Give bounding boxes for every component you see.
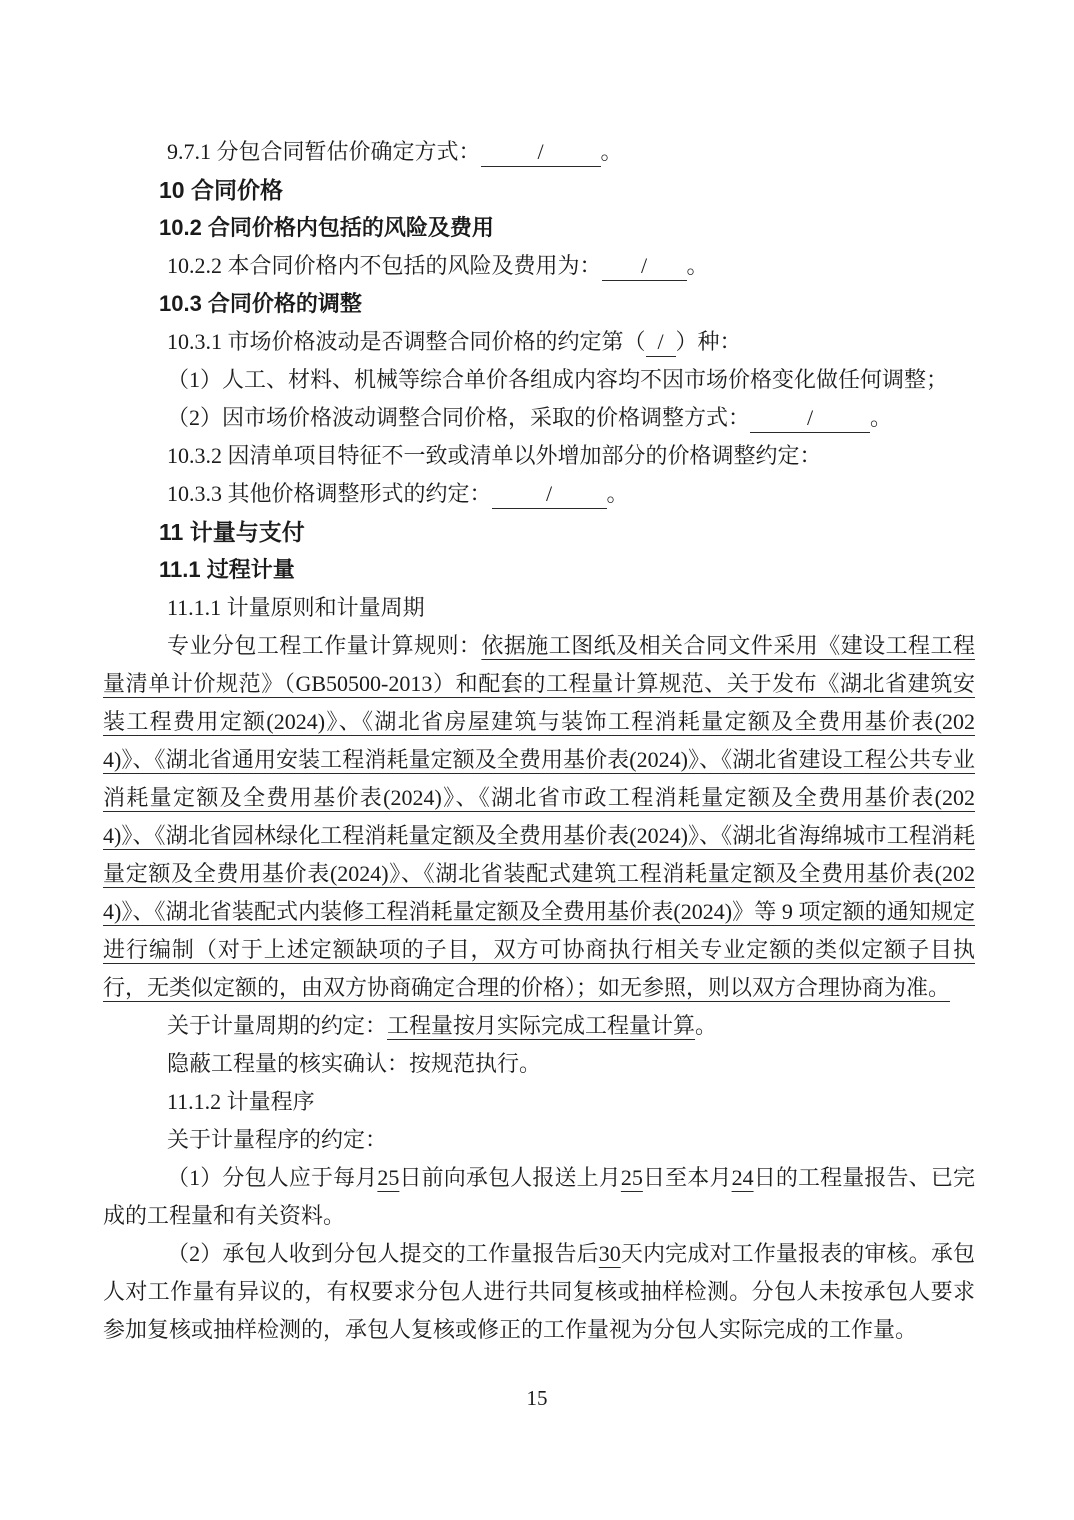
blank-field: /	[646, 327, 676, 357]
hidden-works-line: 隐蔽工程量的核实确认：按规范执行。	[103, 1045, 975, 1083]
clause-10-2-2-label: 10.2.2 本合同价格内不包括的风险及费用为：	[167, 253, 602, 278]
clause-10-3-1-item-2: （2）因市场价格波动调整合同价格，采取的价格调整方式：/。	[103, 399, 975, 437]
clause-10-3-1-item-1: （1）人工、材料、机械等综合单价各组成内容均不因市场价格变化做任何调整；	[103, 361, 975, 399]
measurement-procedure-intro: 关于计量程序的约定：	[103, 1121, 975, 1159]
section-10-2-heading: 10.2 合同价格内包括的风险及费用	[103, 209, 975, 247]
proc1-text: 日前向承包人报送上月	[399, 1165, 621, 1190]
clause-9-7-1-label: 9.7.1 分包合同暂估价确定方式：	[167, 139, 481, 164]
clause-10-2-2: 10.2.2 本合同价格内不包括的风险及费用为：/。	[103, 247, 975, 285]
proc1-day-value: 25	[377, 1165, 399, 1190]
clause-10-3-1: 10.3.1 市场价格波动是否调整合同价格的约定第（/）种：	[103, 323, 975, 361]
procedure-item-1: （1）分包人应于每月25日前向承包人报送上月25日至本月24日的工程量报告、已完…	[103, 1159, 975, 1235]
clause-11-1-2: 11.1.2 计量程序	[103, 1083, 975, 1121]
clause-9-7-1-period: 。	[601, 139, 623, 164]
clause-10-3-1-after: ）种：	[676, 329, 742, 354]
item-2-period: 。	[870, 405, 892, 430]
measurement-cycle-line: 关于计量周期的约定：工程量按月实际完成工程量计算。	[103, 1007, 975, 1045]
section-10-3-heading: 10.3 合同价格的调整	[103, 285, 975, 323]
proc2-days-value: 30	[599, 1241, 621, 1266]
item-2-label: （2）因市场价格波动调整合同价格，采取的价格调整方式：	[167, 405, 750, 430]
rules-label: 专业分包工程工作量计算规则：	[167, 633, 481, 658]
clause-10-3-1-before: 10.3.1 市场价格波动是否调整合同价格的约定第（	[167, 329, 646, 354]
cycle-underlined-value: 工程量按月实际完成工程量计算	[387, 1013, 695, 1038]
blank-field: /	[481, 137, 601, 167]
proc1-text: 日至本月	[643, 1165, 732, 1190]
proc1-day-value: 25	[621, 1165, 643, 1190]
rules-underlined-value: 依据施工图纸及相关合同文件采用《建设工程工程量清单计价规范》（GB50500-2…	[103, 633, 975, 1000]
document-page: 9.7.1 分包合同暂估价确定方式：/。 10 合同价格 10.2 合同价格内包…	[0, 0, 1074, 1520]
proc1-day-value: 24	[732, 1165, 754, 1190]
proc2-text: （2）承包人收到分包人提交的工作量报告后	[167, 1241, 599, 1266]
cycle-period: 。	[695, 1013, 717, 1038]
clause-10-2-2-period: 。	[687, 253, 709, 278]
measurement-rules-paragraph: 专业分包工程工作量计算规则：依据施工图纸及相关合同文件采用《建设工程工程量清单计…	[103, 627, 975, 1007]
blank-field: /	[492, 479, 607, 509]
clause-9-7-1: 9.7.1 分包合同暂估价确定方式：/。	[103, 133, 975, 171]
clause-10-3-2: 10.3.2 因清单项目特征不一致或清单以外增加部分的价格调整约定：	[103, 437, 975, 475]
procedure-item-2: （2）承包人收到分包人提交的工作量报告后30天内完成对工作量报表的审核。承包人对…	[103, 1235, 975, 1349]
chapter-10-heading: 10 合同价格	[103, 171, 975, 209]
blank-field: /	[750, 403, 870, 433]
proc1-text: （1）分包人应于每月	[167, 1165, 377, 1190]
chapter-11-heading: 11 计量与支付	[103, 513, 975, 551]
clause-10-3-3-period: 。	[607, 481, 629, 506]
clause-11-1-1: 11.1.1 计量原则和计量周期	[103, 589, 975, 627]
section-11-1-heading: 11.1 过程计量	[103, 551, 975, 589]
page-number: 15	[0, 1384, 1074, 1412]
clause-10-3-3: 10.3.3 其他价格调整形式的约定：/。	[103, 475, 975, 513]
blank-field: /	[602, 251, 687, 281]
cycle-label: 关于计量周期的约定：	[167, 1013, 387, 1038]
clause-10-3-3-label: 10.3.3 其他价格调整形式的约定：	[167, 481, 492, 506]
